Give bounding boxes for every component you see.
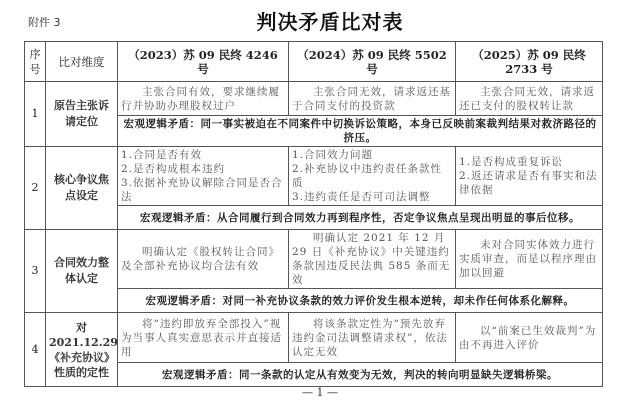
issue-item: 2.补充协议中违约责任条款性质 [292,162,452,190]
page-title: 判决矛盾比对表 [0,6,640,35]
table-header-row: 序号 比对维度 （2023）苏 09 民终 4246 号 （2024）苏 09 … [25,42,603,82]
case1-cell: 主张合同有效，要求继续履行并协助办理股权过户 [118,82,289,116]
macro-contradiction: 宏观逻辑矛盾：同一条款的认定从有效变为无效，判决的转向明显缺失逻辑桥梁。 [118,363,603,387]
issue-item: 2.是否构成根本违约 [121,162,285,176]
row-seq: 1 [25,82,46,147]
dimension-line: 《补充协议》 [49,350,114,365]
table-row: 3 合同效力整体认定 明确认定《股权转让合同》及全部补充协议均合法有效 明确认定… [25,230,603,289]
column-header-dimension: 比对维度 [46,42,118,82]
case3-cell: 主张合同无效，请求返还已支付的股权转让款 [456,82,603,116]
row-dimension: 对 2021.12.29 《补充协议》 性质的定性 [46,313,118,387]
case3-cell: 未对合同实体效力进行实质审查，而是以程序理由加以回避 [456,230,603,289]
macro-contradiction: 宏观逻辑矛盾：对同一补充协议条款的效力评价发生根本逆转，却未作任何体系化解释。 [118,289,603,313]
macro-contradiction: 宏观逻辑矛盾：从合同履行到合同效力再到程序性，否定争议焦点呈现出明显的事后位移。 [118,206,603,230]
table-row: 1 原告主张诉请定位 主张合同有效，要求继续履行并协助办理股权过户 主张合同无效… [25,82,603,116]
issue-item: 2.返还请求是否有事实和法律依据 [459,169,599,197]
issue-item: 1.合同是否有效 [121,148,285,162]
case1-cell: 1.合同是否有效 2.是否构成根本违约 3.依据补充协议解除合同是否合法 [118,147,289,206]
case2-cell: 1.合同效力问题 2.补充协议中违约责任条款性质 3.违约责任是否可司法调整 [289,147,456,206]
dimension-line: 性质的定性 [49,365,114,380]
column-header-seq: 序号 [25,42,46,82]
case1-cell: 将“违约即放弃全部投入”视为当事人真实意思表示并直接适用 [118,313,289,363]
column-header-case2: （2024）苏 09 民终 5502 号 [289,42,456,82]
issue-item: 1.合同效力问题 [292,148,452,162]
table-row: 4 对 2021.12.29 《补充协议》 性质的定性 将“违约即放弃全部投入”… [25,313,603,363]
issue-item: 3.违约责任是否可司法调整 [292,190,452,204]
dimension-line: 2021.12.29 [49,335,114,350]
case3-cell: 以“前案已生效裁判”为由不再进入评价 [456,313,603,363]
macro-contradiction: 宏观逻辑矛盾：同一事实被迫在不同案件中切换诉讼策略，本身已反映前案裁判结果对救济… [118,116,603,147]
case2-cell: 将该条款定性为“预先放弃违约金司法调整请求权”，依法认定无效 [289,313,456,363]
table-row: 2 核心争议焦点设定 1.合同是否有效 2.是否构成根本违约 3.依据补充协议解… [25,147,603,206]
row-seq: 3 [25,230,46,313]
column-header-case1: （2023）苏 09 民终 4246 号 [118,42,289,82]
row-dimension: 原告主张诉请定位 [46,82,118,147]
row-seq: 4 [25,313,46,387]
case1-cell: 明确认定《股权转让合同》及全部补充协议均合法有效 [118,230,289,289]
page-number: — 1 — [0,386,640,399]
comparison-table: 序号 比对维度 （2023）苏 09 民终 4246 号 （2024）苏 09 … [24,41,603,387]
case3-cell: 1.是否构成重复诉讼 2.返还请求是否有事实和法律依据 [456,147,603,206]
dimension-line: 对 [49,320,114,335]
row-dimension: 核心争议焦点设定 [46,147,118,230]
issue-item: 1.是否构成重复诉讼 [459,155,599,169]
column-header-case3: （2025）苏 09 民终 2733 号 [456,42,603,82]
case2-cell: 主张合同无效，请求返还基于合同支付的投资款 [289,82,456,116]
issue-item: 3.依据补充协议解除合同是否合法 [121,176,285,204]
row-dimension: 合同效力整体认定 [46,230,118,313]
row-seq: 2 [25,147,46,230]
case2-cell: 明确认定 2021 年 12 月 29 日《补充协议》中关键违约条款因违反民法典… [289,230,456,289]
